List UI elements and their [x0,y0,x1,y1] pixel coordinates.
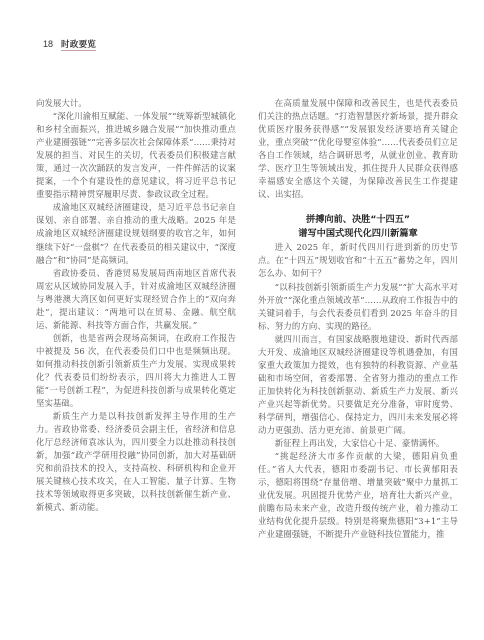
paragraph: 创新，也是省两会现场高频词，在政府工作报告中被提及 56 次，在代表委员们口中也… [36,332,236,410]
section-title: 时政要览 [61,38,96,51]
paragraph: “以科技创新引领新质生产力发展”“扩大高水平对外开放”“深化重点领域改革”……从… [258,281,458,333]
paragraph: 成渝地区双城经济圈建设，是习近平总书记亲自谋划、亲自部署、亲自推动的重大战略。2… [36,201,236,266]
paragraph: “深化川渝相互赋能、一体发展”“统筹新型城镇化和乡村全面振兴，推进城乡融合发展”… [36,110,236,201]
paragraph: “挑起经济大市多作贡献的大梁，德阳肩负重任。”省人大代表，德阳市委副书记、市长黄… [258,450,458,541]
paragraph: 新质生产力是以科技创新发挥主导作用的生产力。省政协常委、经济委员会副主任，省经济… [36,410,236,514]
paragraph: 省政协委员、香港贸易发展局西南地区首席代表周宏从区域协同发展入手，针对成渝地区双… [36,267,236,332]
page-number: 18 [43,39,53,49]
subheading-line-2: 谱写中国式现代化四川新篇章 [258,227,458,241]
paragraph: 向发展大计。 [36,97,236,110]
page-header: 18 时政要览 [43,38,96,51]
paragraph: 进入 2025 年，新时代四川行进到新的历史节点。在“十四五”规划收官和“十五五… [258,241,458,280]
paragraph: 就四川而言，有国家战略腹地建设、新时代西部大开发、成渝地区双城经济圈建设等机遇叠… [258,333,458,437]
paragraph: 在高质量发展中保障和改善民生，也是代表委员们关注的热点话题。“打造智慧医疗新场景… [258,97,458,201]
subheading-line-1: 拼搏向前、决胜“十四五” [258,213,458,227]
right-column: 在高质量发展中保障和改善民生，也是代表委员们关注的热点话题。“打造智慧医疗新场景… [258,97,458,541]
paragraph: 新征程上再出发，大家信心十足、豪情满怀。 [258,437,458,450]
left-column: 向发展大计。 “深化川渝相互赋能、一体发展”“统筹新型城镇化和乡村全面振兴，推进… [36,97,236,515]
